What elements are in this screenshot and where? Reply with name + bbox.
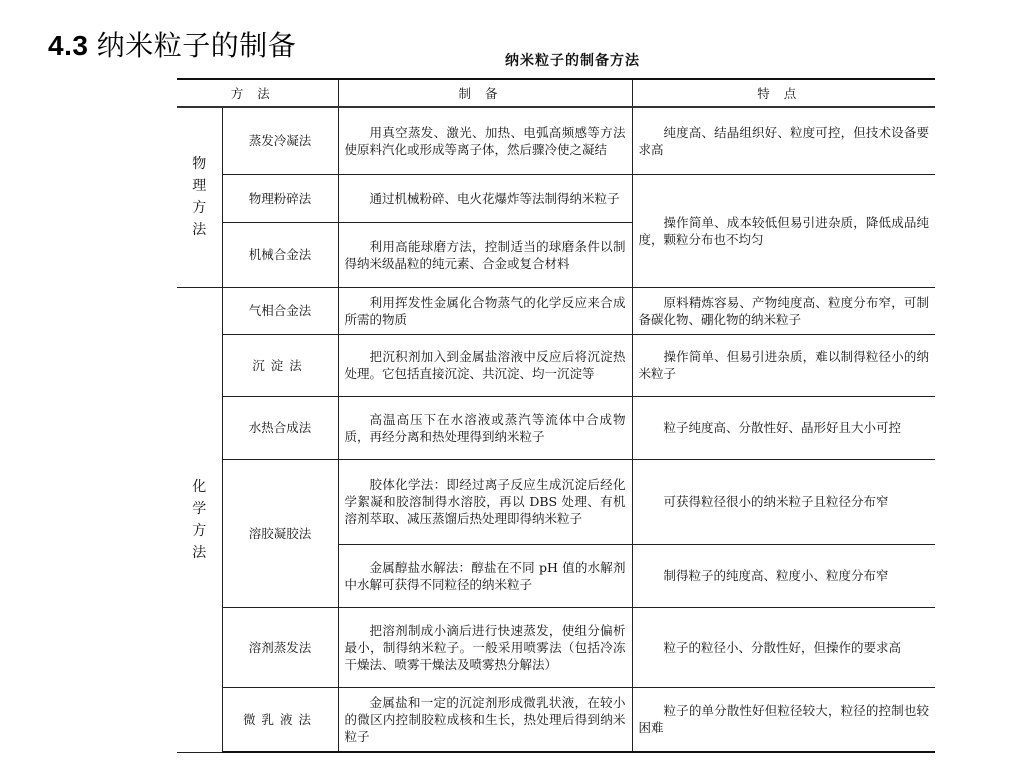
method-preparation: 利用挥发性金属化合物蒸气的化学反应来合成所需的物质 — [338, 287, 632, 334]
preparation-methods-table: 方法 制备 特点 物 理 方 法 蒸发冷凝法 用真空蒸发、激光、加热、电弧高频感… — [177, 78, 935, 753]
method-name: 气相合金法 — [222, 287, 338, 334]
table-row: 水热合成法 高温高压下在水溶液或蒸汽等流体中合成物质，再经分离和热处理得到纳米粒… — [177, 396, 935, 459]
category-chemical: 化 学 方 法 — [177, 287, 222, 752]
section-title: 纳米粒子的制备 — [97, 30, 297, 61]
category-char: 物 — [183, 153, 216, 175]
method-features: 可获得粒径很小的纳米粒子且粒径分布窄 — [632, 459, 935, 544]
method-features: 粒子的单分散性好但粒径较大，粒径的控制也较困难 — [632, 687, 935, 752]
table-row: 溶剂蒸发法 把溶剂制成小滴后进行快速蒸发，使组分偏析最小，制得纳米粒子。一般采用… — [177, 607, 935, 687]
table-caption: 纳米粒子的制备方法 — [505, 50, 640, 70]
table-row: 微乳液法 金属盐和一定的沉淀剂形成微乳状液，在较小的微区内控制胶粒成核和生长，热… — [177, 687, 935, 752]
category-char: 化 — [183, 476, 216, 498]
method-features: 纯度高、结晶组织好、粒度可控，但技术设备要求高 — [632, 107, 935, 174]
method-features: 原料精炼容易、产物纯度高、粒度分布窄，可制备碳化物、硼化物的纳米粒子 — [632, 287, 935, 334]
method-name: 溶剂蒸发法 — [222, 607, 338, 687]
method-name: 物理粉碎法 — [222, 174, 338, 222]
section-number: 4.3 — [48, 30, 88, 61]
header-features: 特点 — [632, 79, 935, 107]
method-features: 制得粒子的纯度高、粒度小、粒度分布窄 — [632, 544, 935, 607]
table-row: 化 学 方 法 气相合金法 利用挥发性金属化合物蒸气的化学反应来合成所需的物质 … — [177, 287, 935, 334]
category-char: 学 — [183, 498, 216, 520]
table-row: 溶胶凝胶法 胶体化学法：即经过离子反应生成沉淀后经化学絮凝和胶溶制得水溶胶，再以… — [177, 459, 935, 544]
method-features: 粒子纯度高、分散性好、晶形好且大小可控 — [632, 396, 935, 459]
method-preparation: 利用高能球磨方法，控制适当的球磨条件以制得纳米级晶粒的纯元素、合金或复合材料 — [338, 222, 632, 287]
category-physical: 物 理 方 法 — [177, 107, 222, 287]
slide-title: 4.3 纳米粒子的制备 — [48, 24, 296, 64]
header-preparation: 制备 — [338, 79, 632, 107]
header-method: 方法 — [177, 79, 338, 107]
category-char: 方 — [183, 520, 216, 542]
method-name: 溶胶凝胶法 — [222, 459, 338, 607]
table-row: 物理粉碎法 通过机械粉碎、电火花爆炸等法制得纳米粒子 操作简单、成本较低但易引进… — [177, 174, 935, 222]
method-name: 蒸发冷凝法 — [222, 107, 338, 174]
method-features: 操作简单、但易引进杂质，难以制得粒径小的纳米粒子 — [632, 334, 935, 396]
method-preparation: 把溶剂制成小滴后进行快速蒸发，使组分偏析最小，制得纳米粒子。一般采用喷雾法（包括… — [338, 607, 632, 687]
method-preparation: 金属盐和一定的沉淀剂形成微乳状液，在较小的微区内控制胶粒成核和生长，热处理后得到… — [338, 687, 632, 752]
method-preparation: 胶体化学法：即经过离子反应生成沉淀后经化学絮凝和胶溶制得水溶胶，再以 DBS 处… — [338, 459, 632, 544]
table-row: 物 理 方 法 蒸发冷凝法 用真空蒸发、激光、加热、电弧高频感等方法使原料汽化或… — [177, 107, 935, 174]
method-name: 水热合成法 — [222, 396, 338, 459]
method-features: 操作简单、成本较低但易引进杂质，降低成品纯度，颗粒分布也不均匀 — [632, 174, 935, 287]
method-preparation: 把沉积剂加入到金属盐溶液中反应后将沉淀热处理。它包括直接沉淀、共沉淀、均一沉淀等 — [338, 334, 632, 396]
method-preparation: 高温高压下在水溶液或蒸汽等流体中合成物质，再经分离和热处理得到纳米粒子 — [338, 396, 632, 459]
category-char: 法 — [183, 219, 216, 241]
category-char: 理 — [183, 175, 216, 197]
method-name: 沉淀法 — [222, 334, 338, 396]
method-preparation: 通过机械粉碎、电火花爆炸等法制得纳米粒子 — [338, 174, 632, 222]
category-char: 法 — [183, 542, 216, 564]
method-name: 机械合金法 — [222, 222, 338, 287]
method-name: 微乳液法 — [222, 687, 338, 752]
table-row: 沉淀法 把沉积剂加入到金属盐溶液中反应后将沉淀热处理。它包括直接沉淀、共沉淀、均… — [177, 334, 935, 396]
method-features: 粒子的粒径小、分散性好，但操作的要求高 — [632, 607, 935, 687]
method-preparation: 金属醇盐水解法：醇盐在不同 pH 值的水解剂中水解可获得不同粒径的纳米粒子 — [338, 544, 632, 607]
category-char: 方 — [183, 197, 216, 219]
method-preparation: 用真空蒸发、激光、加热、电弧高频感等方法使原料汽化或形成等离子体，然后骤冷使之凝… — [338, 107, 632, 174]
table-header-row: 方法 制备 特点 — [177, 79, 935, 107]
